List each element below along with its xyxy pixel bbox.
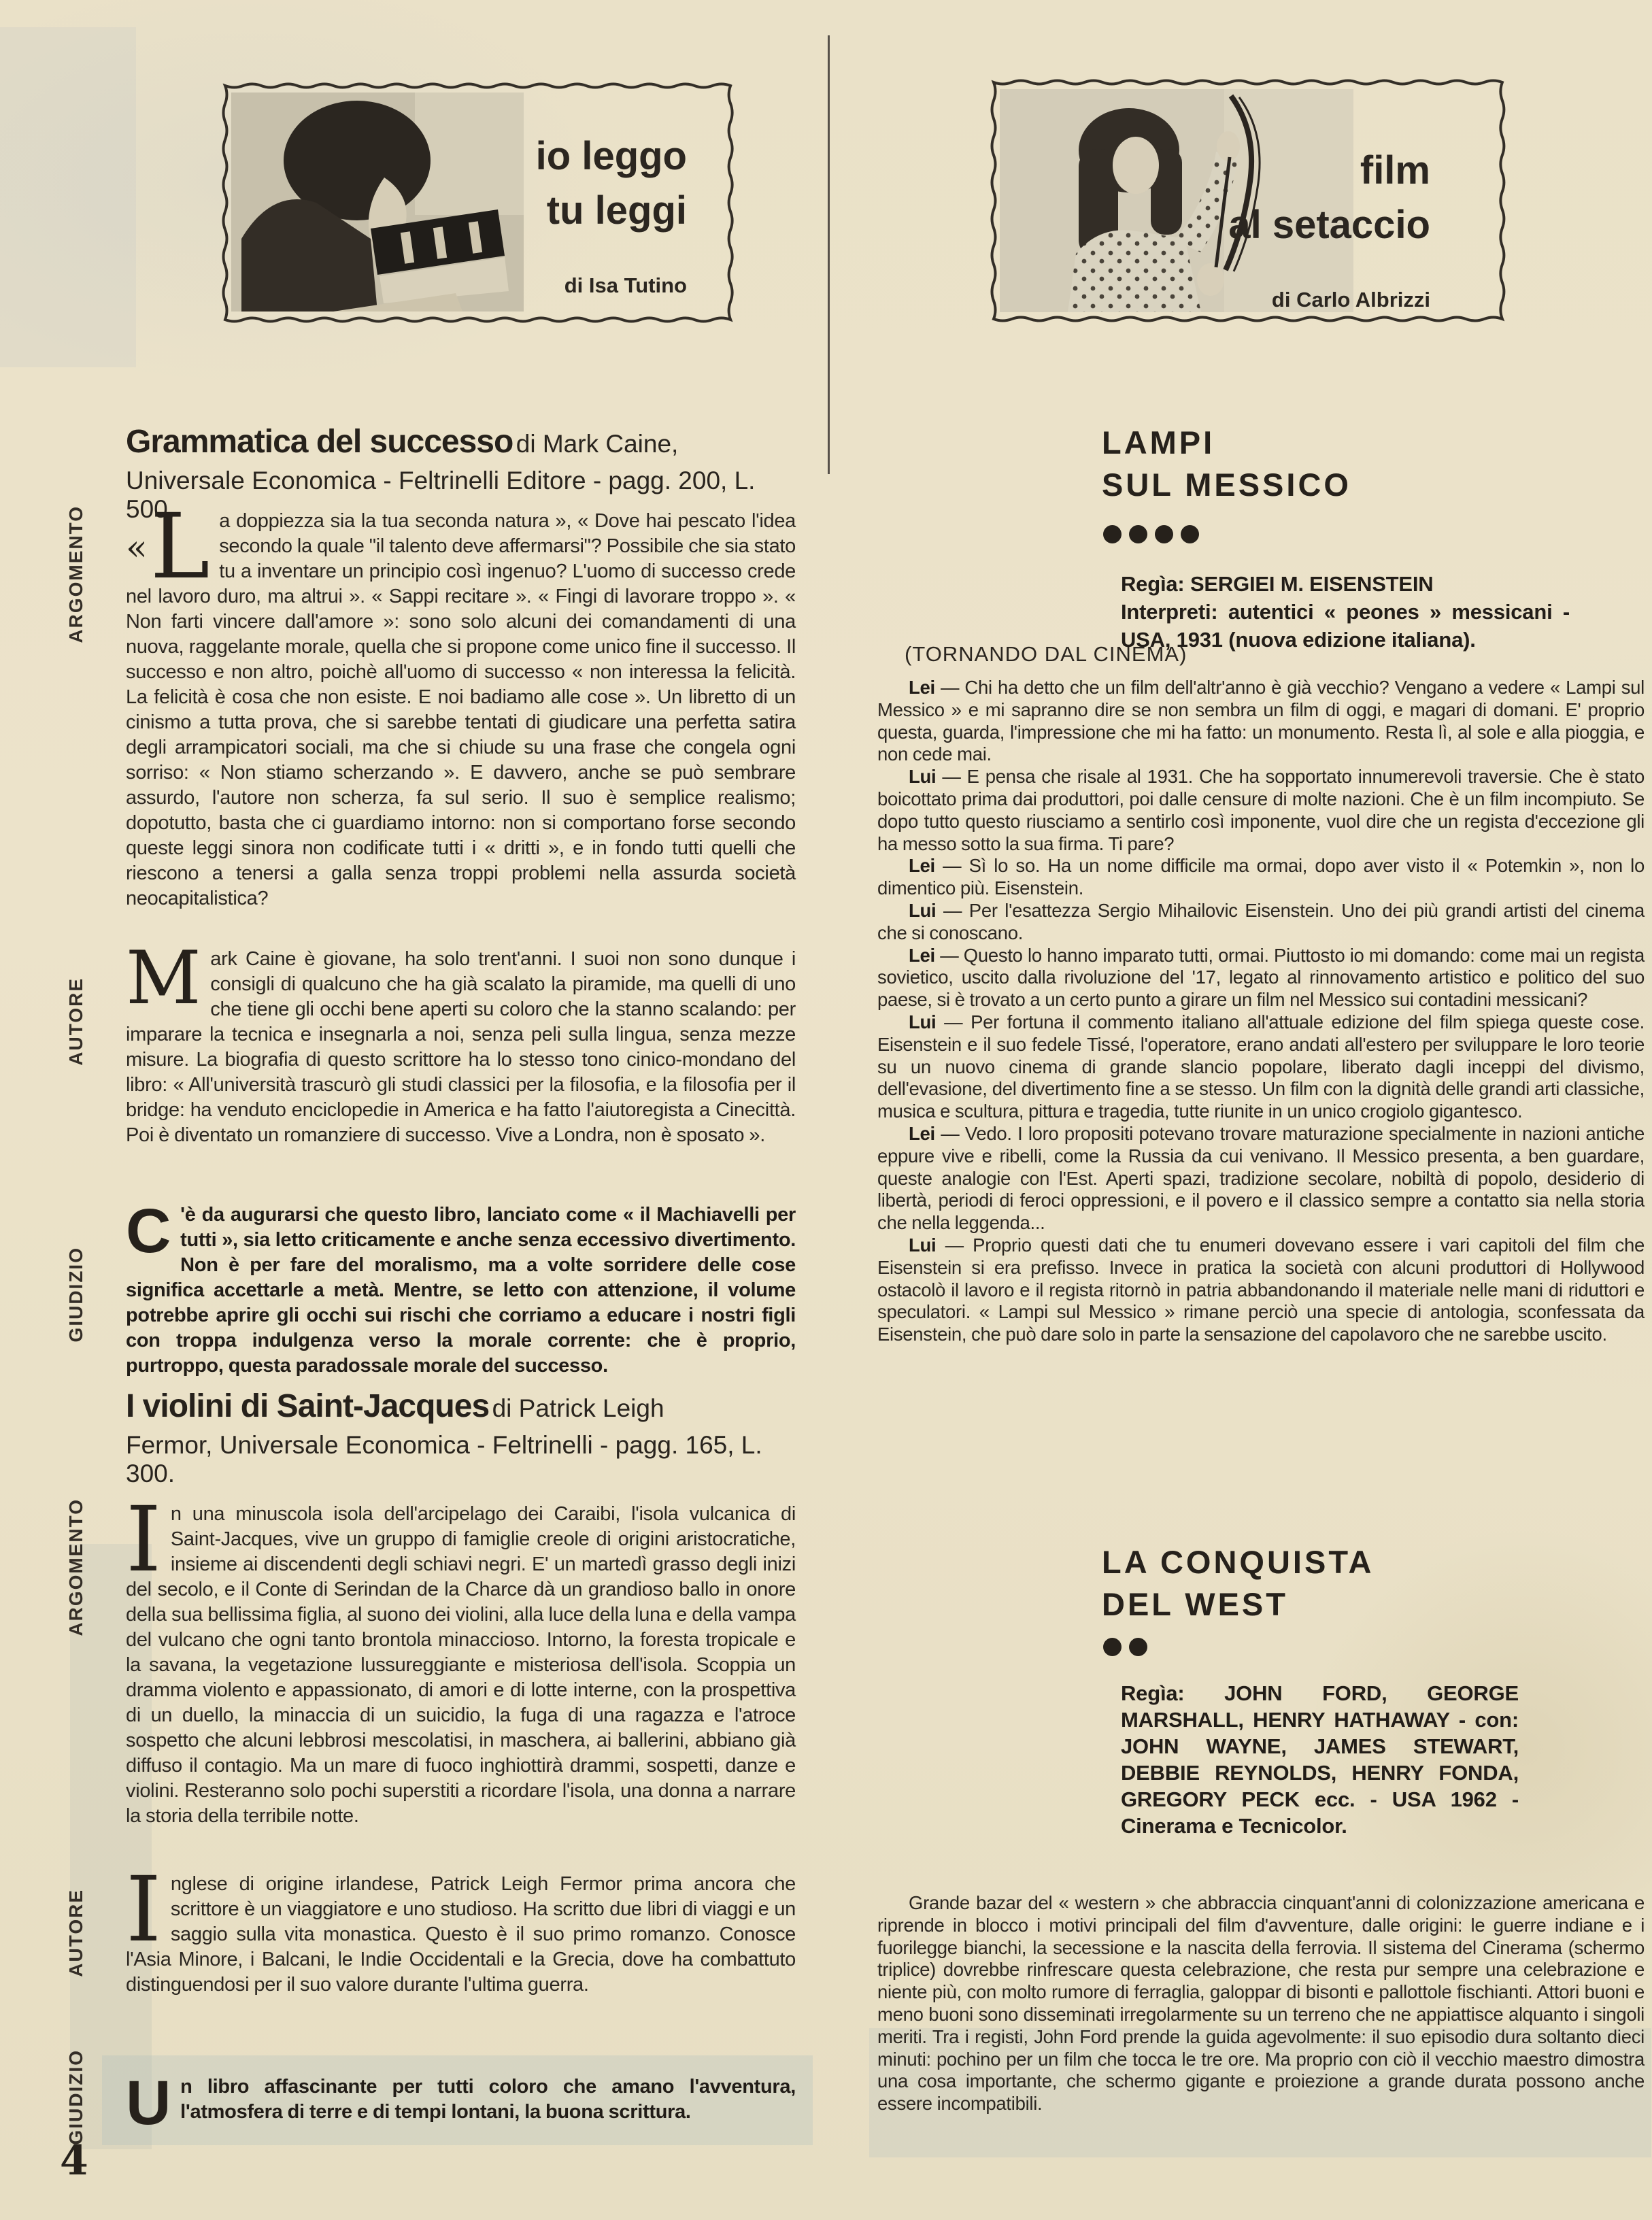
dropcap: «L xyxy=(126,509,219,584)
dialogue-speaker: Lei xyxy=(909,945,935,966)
dropcap: U xyxy=(126,2074,180,2129)
book1-autore-paragraph: Mark Caine è giovane, ha solo trent'anni… xyxy=(126,947,796,1148)
film2-rating-dots xyxy=(1103,1638,1155,1660)
book1-author: di Mark Caine, xyxy=(516,430,679,458)
book2-autore-paragraph: Inglese di origine irlandese, Patrick Le… xyxy=(126,1872,796,1998)
margin-label-autore-1: AUTORE xyxy=(65,977,87,1066)
dialogue-turn: Lui — Proprio questi dati che tu enumeri… xyxy=(877,1234,1645,1346)
margin-label-argomento-2: ARGOMENTO xyxy=(65,1498,87,1636)
magazine-page: { "page": {"number": "4"}, "margin_label… xyxy=(0,0,1652,2220)
book2-title: I violini di Saint-Jacques xyxy=(126,1388,489,1424)
dropcap: I xyxy=(126,1872,171,1945)
book2-title-row: I violini di Saint-Jacques di Patrick Le… xyxy=(126,1387,806,1425)
dialogue-speaker: Lui xyxy=(909,766,936,787)
book2-author: di Patrick Leigh xyxy=(492,1394,664,1422)
column-divider xyxy=(828,35,830,474)
margin-label-giudizio-2: GIUDIZIO xyxy=(65,2049,87,2145)
dialogue-turn: Lei — Questo lo hanno imparato tutti, or… xyxy=(877,945,1645,1011)
dialogue-turn: Lei — Vedo. I loro propositi potevano tr… xyxy=(877,1123,1645,1234)
dialogue-turn: Lei — Chi ha detto che un film dell'altr… xyxy=(877,677,1645,766)
film1-rating-dots xyxy=(1103,525,1207,547)
film1-title: LAMPI SUL MESSICO xyxy=(1102,422,1351,506)
book2-giudizio-paragraph: Un libro affascinante per tutti coloro c… xyxy=(126,2074,796,2129)
dialogue-turn: Lei — Sì lo so. Ha un nome difficile ma … xyxy=(877,855,1645,900)
book1-title: Grammatica del successo xyxy=(126,424,513,460)
dialogue-speaker: Lui xyxy=(909,900,936,921)
margin-label-argomento-1: ARGOMENTO xyxy=(65,505,87,643)
film2-review-paragraph: Grande bazar del « western » che abbracc… xyxy=(877,1892,1645,2115)
books-section-title-line2: tu leggi xyxy=(462,184,687,238)
films-section-title-line1: film xyxy=(1158,144,1430,198)
films-section-title-line2: al setaccio xyxy=(1158,198,1430,252)
dialogue-turn: Lui — Per fortuna il commento italiano a… xyxy=(877,1011,1645,1123)
books-section-byline: di Isa Tutino xyxy=(462,273,687,298)
dialogue-speaker: Lei xyxy=(909,677,935,698)
film2-title: LA CONQUISTA DEL WEST xyxy=(1102,1541,1374,1626)
film1-credits: Regìa: SERGIEI M. EISENSTEIN Interpreti:… xyxy=(1121,570,1570,654)
films-section-byline: di Carlo Albrizzi xyxy=(1158,288,1430,312)
dialogue-speaker: Lei xyxy=(909,855,935,876)
page-number: 4 xyxy=(60,2137,88,2185)
dialogue-speaker: Lei xyxy=(909,1123,935,1144)
dropcap: C xyxy=(126,1202,180,1257)
books-section-header: io leggo tu leggi di Isa Tutino xyxy=(221,82,735,324)
dialogue-speaker: Lui xyxy=(909,1234,936,1256)
films-section-header: film al setaccio di Carlo Albrizzi xyxy=(990,78,1506,323)
film1-dialogue: Lei — Chi ha detto che un film dell'altr… xyxy=(877,677,1645,1346)
book2-subtitle: Fermor, Universale Economica - Feltrinel… xyxy=(126,1431,806,1488)
dialogue-turn: Lui — Per l'esattezza Sergio Mihailovic … xyxy=(877,900,1645,945)
margin-label-autore-2: AUTORE xyxy=(65,1889,87,1977)
dialogue-speaker: Lui xyxy=(909,1011,936,1032)
dialogue-turn: Lui — E pensa che risale al 1931. Che ha… xyxy=(877,766,1645,855)
dropcap: M xyxy=(126,947,210,1008)
paper-stain xyxy=(0,27,136,367)
books-section-title-line1: io leggo xyxy=(462,129,687,184)
book2-argomento-paragraph: In una minuscola isola dell'arcipelago d… xyxy=(126,1502,796,1829)
film2-credits: Regìa: JOHN FORD, GEORGE MARSHALL, HENRY… xyxy=(1121,1680,1519,1839)
margin-label-giudizio-1: GIUDIZIO xyxy=(65,1247,87,1342)
dropcap: I xyxy=(126,1502,171,1575)
book1-argomento-paragraph: «La doppiezza sia la tua seconda natura … xyxy=(126,509,796,911)
film1-note: (TORNANDO DAL CINEMA) xyxy=(905,642,1187,667)
book1-giudizio-paragraph: C'è da augurarsi che questo libro, lanci… xyxy=(126,1202,796,1379)
book1-title-row: Grammatica del successo di Mark Caine, xyxy=(126,423,806,460)
